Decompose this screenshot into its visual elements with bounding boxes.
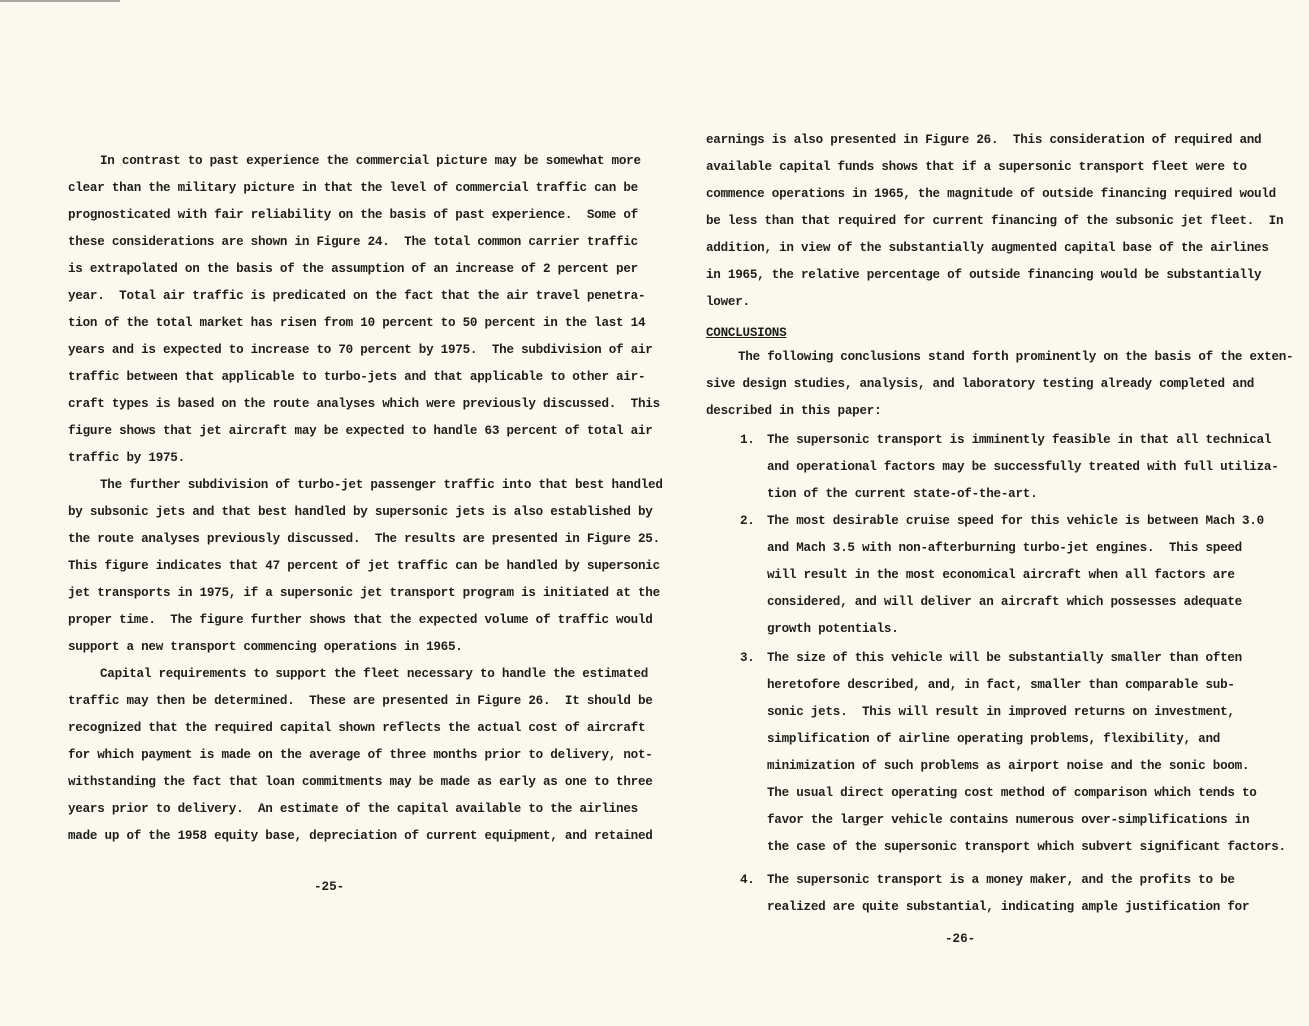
text-line: is extrapolated on the basis of the assu…: [68, 262, 638, 276]
text-line: available capital funds shows that if a …: [706, 160, 1247, 174]
list-item-line: considered, and will deliver an aircraft…: [767, 595, 1242, 609]
page-number-26: -26-: [945, 932, 975, 946]
list-item-number: 4.: [740, 873, 755, 887]
text-line: these considerations are shown in Figure…: [68, 235, 638, 249]
list-item-number: 1.: [740, 433, 755, 447]
text-line: proper time. The figure further shows th…: [68, 613, 653, 627]
text-line: craft types is based on the route analys…: [68, 397, 660, 411]
list-item-line: The usual direct operating cost method o…: [767, 786, 1257, 800]
list-item-number: 3.: [740, 651, 755, 665]
list-item-line: The supersonic transport is a money make…: [767, 873, 1235, 887]
list-item-line: tion of the current state-of-the-art.: [767, 487, 1037, 501]
text-line: described in this paper:: [706, 404, 881, 418]
text-line: traffic may then be determined. These ar…: [68, 694, 653, 708]
text-line: the route analyses previously discussed.…: [68, 532, 660, 546]
section-heading-conclusions: CONCLUSIONS: [706, 326, 786, 340]
list-item-line: favor the larger vehicle contains numero…: [767, 813, 1249, 827]
text-line: for which payment is made on the average…: [68, 748, 653, 762]
list-item-line: sonic jets. This will result in improved…: [767, 705, 1235, 719]
page-number-25: -25-: [314, 880, 344, 894]
list-item-line: growth potentials.: [767, 622, 899, 636]
text-line: tion of the total market has risen from …: [68, 316, 645, 330]
list-item-line: The size of this vehicle will be substan…: [767, 651, 1242, 665]
text-line: clear than the military picture in that …: [68, 181, 638, 195]
list-item-line: the case of the supersonic transport whi…: [767, 840, 1286, 854]
text-line: year. Total air traffic is predicated on…: [68, 289, 645, 303]
text-line: addition, in view of the substantially a…: [706, 241, 1269, 255]
text-line: support a new transport commencing opera…: [68, 640, 463, 654]
text-line: lower.: [706, 295, 750, 309]
list-item-line: and operational factors may be successfu…: [767, 460, 1279, 474]
text-line: figure shows that jet aircraft may be ex…: [68, 424, 653, 438]
text-line: recognized that the required capital sho…: [68, 721, 645, 735]
text-line: years and is expected to increase to 70 …: [68, 343, 653, 357]
text-line: In contrast to past experience the comme…: [100, 154, 641, 168]
text-line: earnings is also presented in Figure 26.…: [706, 133, 1261, 147]
list-item-line: will result in the most economical aircr…: [767, 568, 1235, 582]
text-line: The further subdivision of turbo-jet pas…: [100, 478, 663, 492]
text-line: withstanding the fact that loan commitme…: [68, 775, 653, 789]
text-line: traffic by 1975.: [68, 451, 185, 465]
list-item-line: and Mach 3.5 with non-afterburning turbo…: [767, 541, 1242, 555]
text-line: by subsonic jets and that best handled b…: [68, 505, 653, 519]
list-item-line: The supersonic transport is imminently f…: [767, 433, 1271, 447]
text-line: Capital requirements to support the flee…: [100, 667, 648, 681]
text-line: in 1965, the relative percentage of outs…: [706, 268, 1261, 282]
list-item-line: simplification of airline operating prob…: [767, 732, 1220, 746]
text-line: made up of the 1958 equity base, depreci…: [68, 829, 653, 843]
text-line: This figure indicates that 47 percent of…: [68, 559, 660, 573]
list-item-line: minimization of such problems as airport…: [767, 759, 1249, 773]
text-line: traffic between that applicable to turbo…: [68, 370, 645, 384]
list-item-line: realized are quite substantial, indicati…: [767, 900, 1249, 914]
text-line: sive design studies, analysis, and labor…: [706, 377, 1254, 391]
list-item-line: heretofore described, and, in fact, smal…: [767, 678, 1235, 692]
list-item-line: The most desirable cruise speed for this…: [767, 514, 1264, 528]
text-line: years prior to delivery. An estimate of …: [68, 802, 638, 816]
text-line: The following conclusions stand forth pr…: [738, 350, 1293, 364]
text-line: prognosticated with fair reliability on …: [68, 208, 638, 222]
text-line: jet transports in 1975, if a supersonic …: [68, 586, 660, 600]
text-line: be less than that required for current f…: [706, 214, 1283, 228]
text-line: commence operations in 1965, the magnitu…: [706, 187, 1276, 201]
list-item-number: 2.: [740, 514, 755, 528]
